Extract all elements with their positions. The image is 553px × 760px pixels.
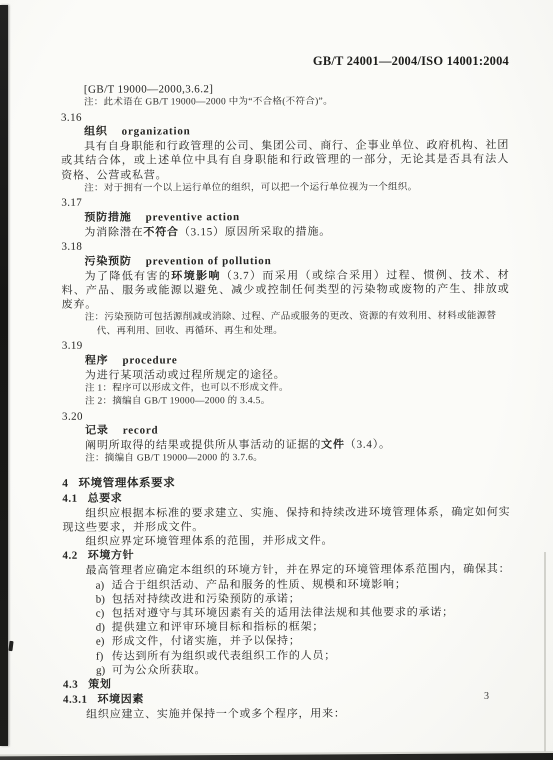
clause-paragraph: 组织应建立、实施并保持一个或多个程序，用来： — [63, 706, 511, 722]
standard-reference-header: GB/T 24001—2004/ISO 14001:2004 — [313, 54, 509, 69]
section-heading: 4.1总要求 — [62, 490, 510, 507]
page-number: 3 — [484, 691, 489, 702]
scan-stray-mark — [8, 641, 13, 651]
list-item-text: 形成文件，付诸实施，并予以保持； — [112, 634, 511, 650]
definition: 阐明所取得的结果或提供所从事活动的证据的文件（3.4）。 — [62, 437, 510, 453]
term-entry: 程序procedure — [85, 352, 510, 368]
list-marker: a) — [96, 578, 112, 592]
term-number: 3.17 — [61, 194, 509, 210]
term-en: procedure — [122, 354, 177, 366]
list-item-text: 可为公众所获取。 — [112, 662, 511, 678]
section-title: 策划 — [88, 679, 111, 691]
list-item-text: 包括对持续改进和污染预防的承诺； — [112, 591, 511, 607]
list-marker: c) — [96, 607, 112, 621]
scan-right-edge-line — [544, 552, 546, 752]
list-item-text: 传达到所有为组织或代表组织工作的人员； — [112, 648, 511, 664]
clause-list-item: a)适合于组织活动、产品和服务的性质、规模和环境影响； — [63, 577, 511, 593]
term-zh: 程序 — [85, 354, 109, 366]
term-en: organization — [122, 126, 191, 138]
subsection-number: 4.3.1 — [63, 694, 88, 706]
term-en: preventive action — [146, 211, 240, 223]
list-item-text: 适合于组织活动、产品和服务的性质、规模和环境影响； — [112, 577, 511, 593]
chapter-heading: 4环境管理体系要求 — [62, 474, 510, 492]
list-item-text: 包括对遵守与其环境因素有关的适用法律法规和其他要求的承诺； — [112, 605, 511, 621]
term-number: 3.18 — [61, 238, 509, 254]
subsection-heading: 4.3.1环境因素 — [63, 691, 511, 708]
term-number: 3.20 — [62, 408, 510, 424]
clause-paragraph: 最高管理者应确定本组织的环境方针，并在界定的环境管理体系范围内，确保其： — [63, 563, 511, 579]
term-entry: 组织organization — [84, 124, 509, 140]
section-title: 环境方针 — [88, 550, 134, 562]
section-heading: 4.3策划 — [63, 676, 511, 693]
list-marker: b) — [96, 592, 112, 606]
definition: 为了降低有害的环境影响（3.7）而采用（或综合采用）过程、惯例、技术、材料、产品… — [62, 268, 510, 312]
list-marker: d) — [96, 621, 112, 635]
subsection-title: 环境因素 — [98, 694, 144, 706]
note: 注：污染预防可包括源削减或消除、过程、产品或服务的更改、资源的有效利用、材料或能… — [85, 310, 510, 338]
section-number: 4.2 — [63, 550, 78, 562]
clause-list-item: g)可为公众所获取。 — [63, 662, 511, 678]
document-body: [GB/T 19000—2000,3.6.2] 注：此术语在 GB/T 1900… — [61, 81, 511, 722]
list-item-text: 提供建立和评审环境目标和指标的框架； — [112, 619, 511, 635]
section-number: 4.3 — [63, 679, 78, 691]
list-marker: e) — [96, 635, 112, 649]
term-entry: 污染预防prevention of pollution — [84, 253, 509, 269]
clause-paragraph: 组织应根据本标准的要求建立、实施、保持和持续改进环境管理体系，确定如何实现这些要… — [62, 505, 510, 535]
clause-list-item: c)包括对遵守与其环境因素有关的适用法律法规和其他要求的承诺； — [63, 605, 511, 621]
clause-list-item: f)传达到所有为组织或代表组织工作的人员； — [63, 648, 511, 664]
term-number: 3.19 — [62, 337, 510, 353]
list-marker: f) — [96, 649, 112, 663]
term-en: prevention of pollution — [146, 255, 272, 267]
section-heading: 4.2环境方针 — [63, 548, 511, 565]
section-number: 4.1 — [62, 493, 77, 505]
clause-list-item: d)提供建立和评审环境目标和指标的框架； — [63, 619, 511, 635]
note: 注：摘编自 GB/T 19000—2000 的 3.7.6。 — [85, 452, 510, 467]
clause-list-item: e)形成文件，付诸实施，并予以保持； — [63, 634, 511, 650]
term-zh: 组织 — [84, 126, 108, 138]
definition: 为进行某项活动或过程所规定的途径。 — [62, 367, 510, 383]
definition: 为消除潜在不符合（3.15）原因所采取的措施。 — [61, 224, 509, 240]
term-zh: 记录 — [85, 425, 109, 437]
term-entry: 记录record — [85, 423, 510, 439]
source-citation: [GB/T 19000—2000,3.6.2] — [84, 81, 509, 97]
term-zh: 预防措施 — [84, 212, 131, 224]
term-number: 3.16 — [61, 109, 509, 125]
clause-paragraph: 组织应界定环境管理体系的范围，并形成文件。 — [62, 533, 510, 549]
chapter-number: 4 — [62, 478, 68, 490]
scanned-document-page: GB/T 24001—2004/ISO 14001:2004 [GB/T 190… — [0, 0, 553, 760]
term-zh: 污染预防 — [84, 255, 131, 267]
section-title: 总要求 — [88, 492, 123, 504]
term-entry: 预防措施preventive action — [84, 209, 509, 225]
chapter-title: 环境管理体系要求 — [79, 477, 176, 489]
definition: 具有自身职能和行政管理的公司、集团公司、商行、企事业单位、政府机构、社团或其结合… — [61, 138, 509, 182]
term-en: record — [123, 425, 159, 437]
list-marker: g) — [96, 663, 112, 677]
clause-list-item: b)包括对持续改进和污染预防的承诺； — [63, 591, 511, 607]
scan-left-edge — [0, 5, 8, 746]
